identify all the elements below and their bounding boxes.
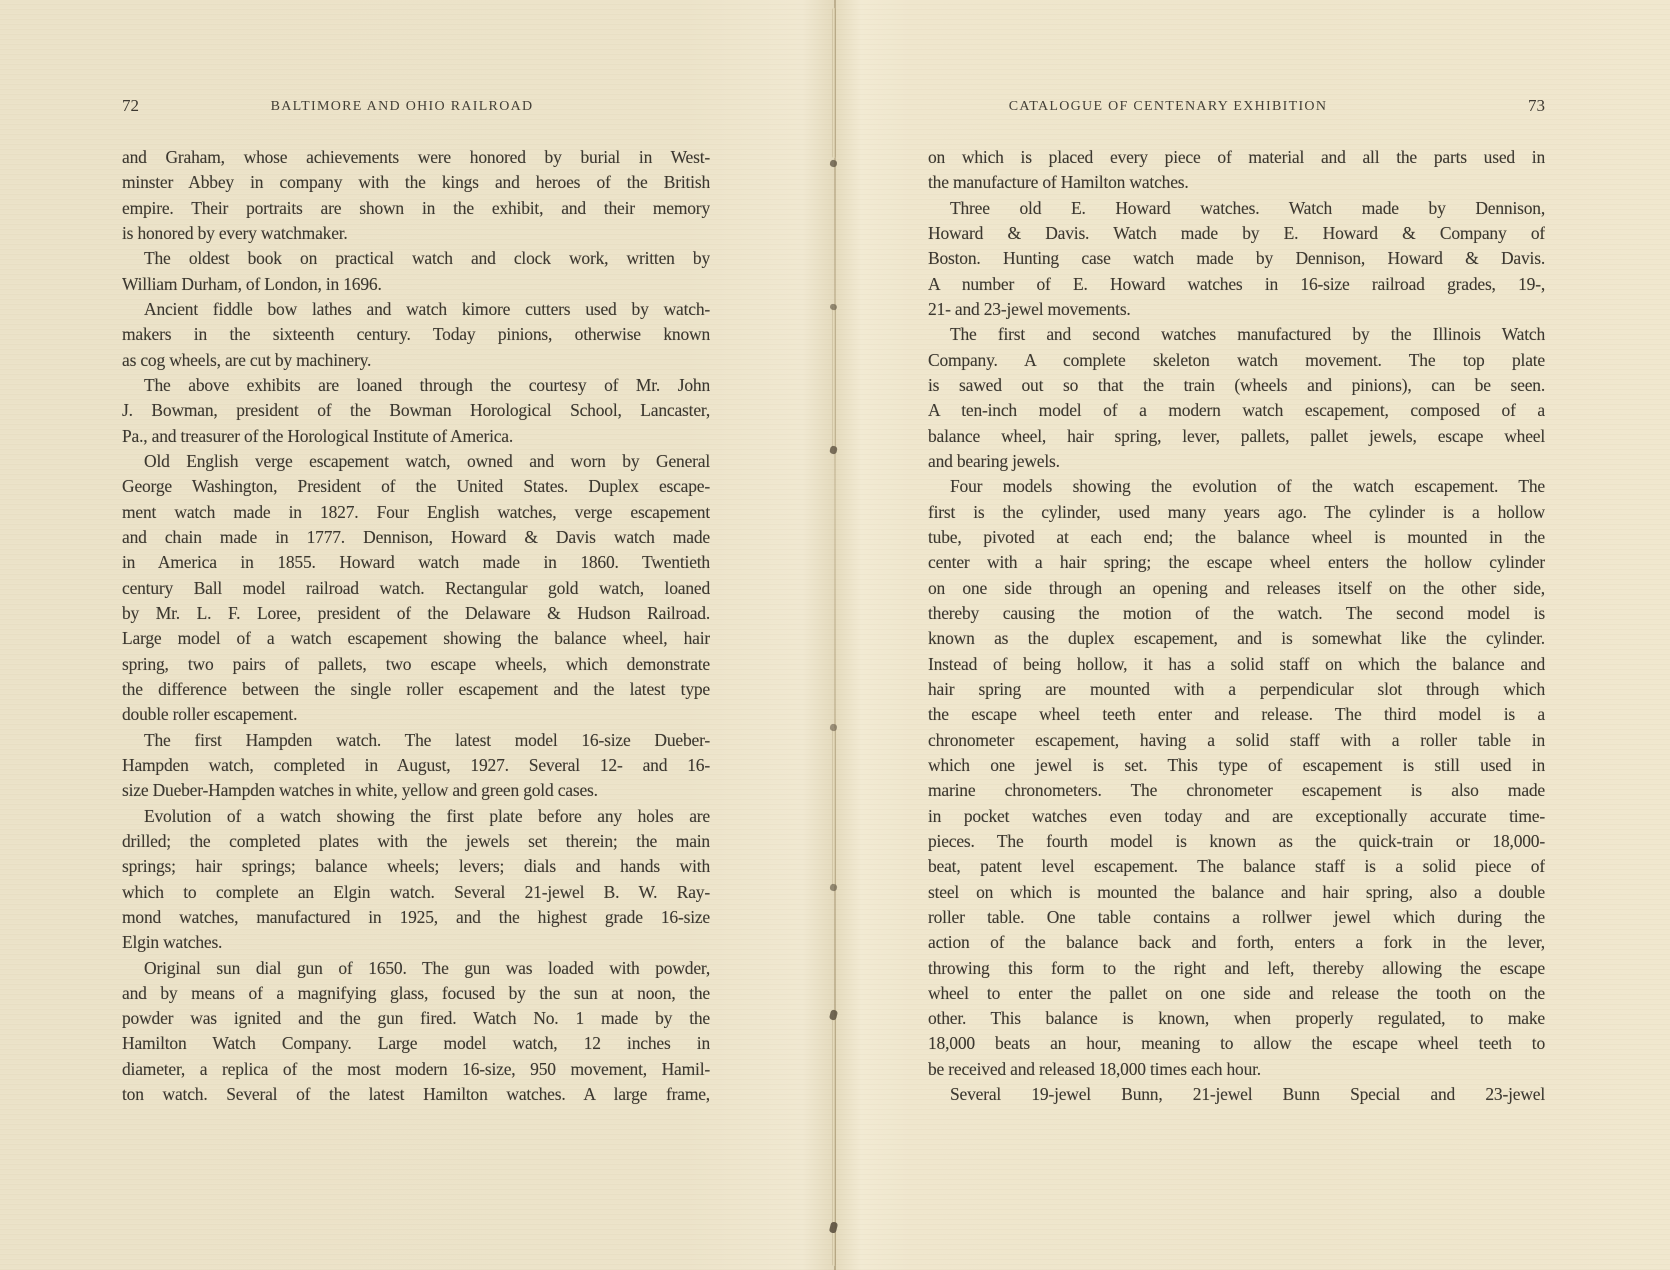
text-line: the escape wheel teeth enter and release… xyxy=(928,702,1545,727)
text-line: wheel to enter the pallet on one side an… xyxy=(928,981,1545,1006)
text-line: by Mr. L. F. Loree, president of the Del… xyxy=(122,601,710,626)
text-line: which one jewel is set. This type of esc… xyxy=(928,753,1545,778)
text-line: A ten-inch model of a modern watch escap… xyxy=(928,398,1545,423)
body-text-right: on which is placed every piece of materi… xyxy=(928,145,1545,1107)
text-line: century Ball model railroad watch. Recta… xyxy=(122,576,710,601)
text-line: The first and second watches manufacture… xyxy=(928,322,1545,347)
text-line: The oldest book on practical watch and c… xyxy=(122,246,710,271)
text-line: on one side through an opening and relea… xyxy=(928,576,1545,601)
text-line: mond watches, manufactured in 1925, and … xyxy=(122,905,710,930)
text-line: beat, patent level escapement. The balan… xyxy=(928,854,1545,879)
book-spread: 72 BALTIMORE AND OHIO RAILROAD CATALOGUE… xyxy=(0,0,1670,1270)
text-line: pieces. The fourth model is known as the… xyxy=(928,829,1545,854)
text-line: known as the duplex escapement, and is s… xyxy=(928,626,1545,651)
text-line: J. Bowman, president of the Bowman Horol… xyxy=(122,398,710,423)
text-line: Company. A complete skeleton watch movem… xyxy=(928,348,1545,373)
text-line: the difference between the single roller… xyxy=(122,677,710,702)
text-line: other. This balance is known, when prope… xyxy=(928,1006,1545,1031)
text-line: Hampden watch, completed in August, 1927… xyxy=(122,753,710,778)
text-line: marine chronometers. The chronometer esc… xyxy=(928,778,1545,803)
text-line: double roller escapement. xyxy=(122,702,710,727)
text-line: action of the balance back and forth, en… xyxy=(928,930,1545,955)
text-line: on which is placed every piece of materi… xyxy=(928,145,1545,170)
text-line: throwing this form to the right and left… xyxy=(928,956,1545,981)
text-line: Hamilton Watch Company. Large model watc… xyxy=(122,1031,710,1056)
text-line: as cog wheels, are cut by machinery. xyxy=(122,348,710,373)
text-line: Elgin watches. xyxy=(122,930,710,955)
text-line: size Dueber-Hampden watches in white, ye… xyxy=(122,778,710,803)
text-line: steel on which is mounted the balance an… xyxy=(928,880,1545,905)
text-line: 21- and 23-jewel movements. xyxy=(928,297,1545,322)
text-line: which to complete an Elgin watch. Severa… xyxy=(122,880,710,905)
body-text-left: and Graham, whose achievements were hono… xyxy=(122,145,710,1107)
text-line: in pocket watches even today and are exc… xyxy=(928,804,1545,829)
text-line: diameter, a replica of the most modern 1… xyxy=(122,1057,710,1082)
text-line: 18,000 beats an hour, meaning to allow t… xyxy=(928,1031,1545,1056)
text-line: and Graham, whose achievements were hono… xyxy=(122,145,710,170)
text-line: Several 19-jewel Bunn, 21-jewel Bunn Spe… xyxy=(928,1082,1545,1107)
text-line: center with a hair spring; the escape wh… xyxy=(928,550,1545,575)
text-line: and bearing jewels. xyxy=(928,449,1545,474)
text-line: be received and released 18,000 times ea… xyxy=(928,1057,1545,1082)
text-line: Instead of being hollow, it has a solid … xyxy=(928,652,1545,677)
text-line: Original sun dial gun of 1650. The gun w… xyxy=(122,956,710,981)
page-number-right: 73 xyxy=(1460,96,1545,116)
text-line: drilled; the completed plates with the j… xyxy=(122,829,710,854)
text-line: Howard & Davis. Watch made by E. Howard … xyxy=(928,221,1545,246)
text-line: spring, two pairs of pallets, two escape… xyxy=(122,652,710,677)
text-line: chronometer escapement, having a solid s… xyxy=(928,728,1545,753)
text-line: and by means of a magnifying glass, focu… xyxy=(122,981,710,1006)
text-line: A number of E. Howard watches in 16-size… xyxy=(928,272,1545,297)
text-line: Evolution of a watch showing the first p… xyxy=(122,804,710,829)
text-line: balance wheel, hair spring, lever, palle… xyxy=(928,424,1545,449)
text-line: ton watch. Several of the latest Hamilto… xyxy=(122,1082,710,1107)
text-line: William Durham, of London, in 1696. xyxy=(122,272,710,297)
text-line: tube, pivoted at each end; the balance w… xyxy=(928,525,1545,550)
text-line: The first Hampden watch. The latest mode… xyxy=(122,728,710,753)
text-line: first is the cylinder, used many years a… xyxy=(928,500,1545,525)
text-line: the manufacture of Hamilton watches. xyxy=(928,170,1545,195)
text-line: is honored by every watchmaker. xyxy=(122,221,710,246)
text-line: empire. Their portraits are shown in the… xyxy=(122,196,710,221)
text-line: Old English verge escapement watch, owne… xyxy=(122,449,710,474)
text-line: and chain made in 1777. Dennison, Howard… xyxy=(122,525,710,550)
text-line: in America in 1855. Howard watch made in… xyxy=(122,550,710,575)
text-line: Large model of a watch escapement showin… xyxy=(122,626,710,651)
text-line: roller table. One table contains a rollw… xyxy=(928,905,1545,930)
text-line: Boston. Hunting case watch made by Denni… xyxy=(928,246,1545,271)
text-line: makers in the sixteenth century. Today p… xyxy=(122,322,710,347)
text-line: Pa., and treasurer of the Horological In… xyxy=(122,424,710,449)
text-line: Three old E. Howard watches. Watch made … xyxy=(928,196,1545,221)
text-line: Four models showing the evolution of the… xyxy=(928,474,1545,499)
text-line: is sawed out so that the train (wheels a… xyxy=(928,373,1545,398)
text-line: hair spring are mounted with a perpendic… xyxy=(928,677,1545,702)
text-line: The above exhibits are loaned through th… xyxy=(122,373,710,398)
text-line: powder was ignited and the gun fired. Wa… xyxy=(122,1006,710,1031)
text-line: ment watch made in 1827. Four English wa… xyxy=(122,500,710,525)
text-line: springs; hair springs; balance wheels; l… xyxy=(122,854,710,879)
text-line: Ancient fiddle bow lathes and watch kimo… xyxy=(122,297,710,322)
running-head-right: CATALOGUE OF CENTENARY EXHIBITION xyxy=(928,99,1408,115)
running-head-left: BALTIMORE AND OHIO RAILROAD xyxy=(122,99,682,115)
text-line: George Washington, President of the Unit… xyxy=(122,474,710,499)
text-line: minster Abbey in company with the kings … xyxy=(122,170,710,195)
text-line: thereby causing the motion of the watch.… xyxy=(928,601,1545,626)
